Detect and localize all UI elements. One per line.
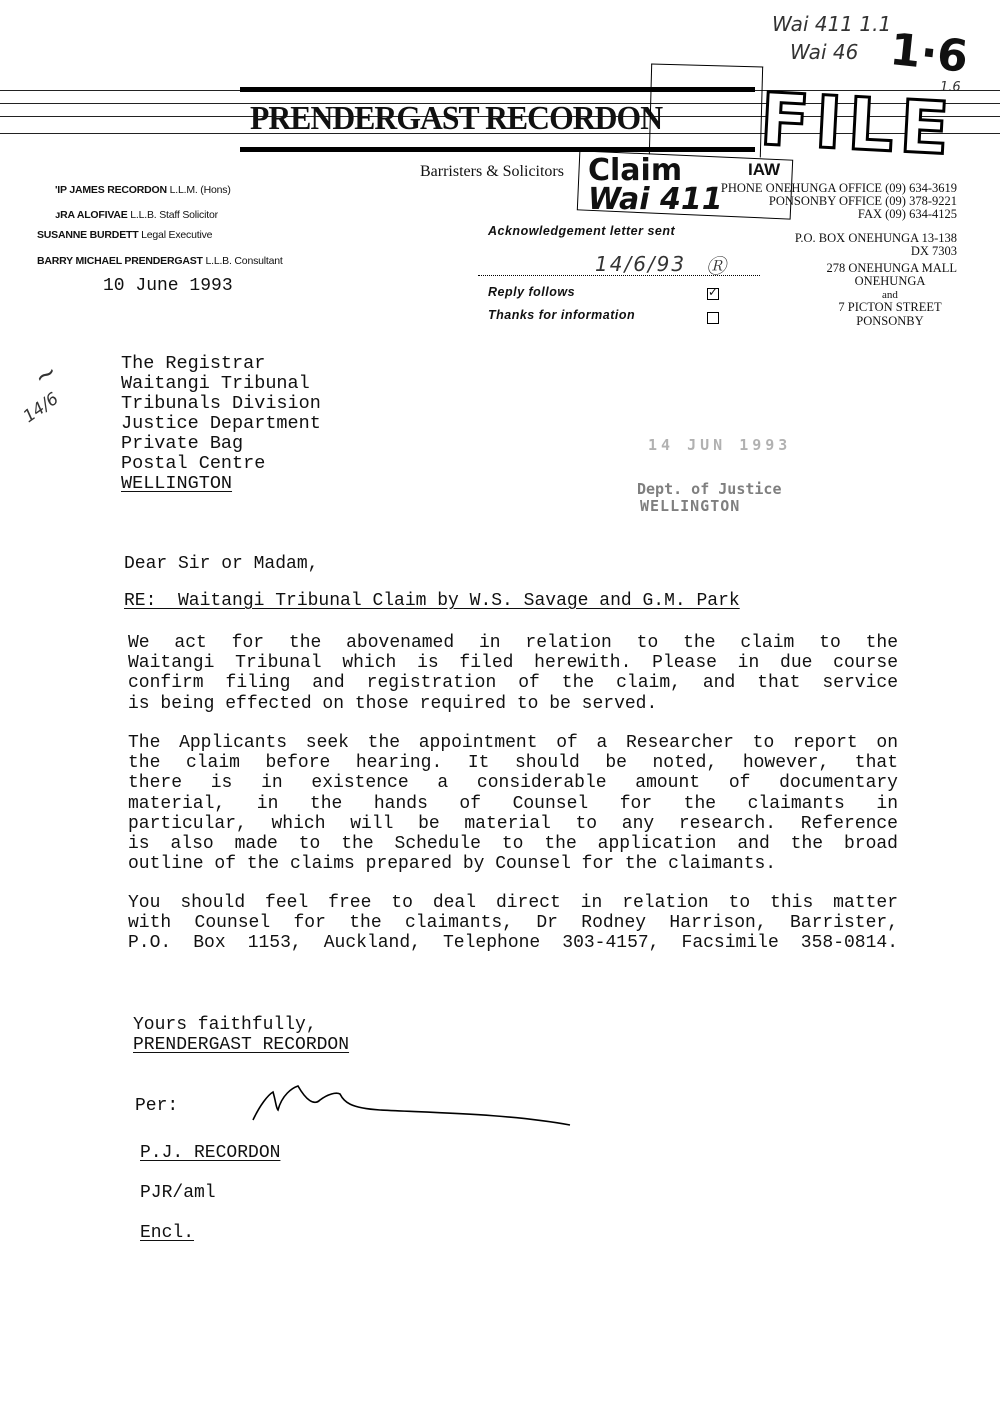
annotation-document-number: 1·6 xyxy=(888,24,971,83)
claim-stamp-number: Wai 411 xyxy=(588,182,723,217)
closing-firm: PRENDERGAST RECORDON xyxy=(133,1035,349,1055)
staff-member: ᴊRA ALOFIVAE L.L.B. Staff Solicitor xyxy=(55,209,218,221)
address-onehunga-suburb: ONEHUNGA xyxy=(835,275,945,288)
ack-date: 14/6/93 xyxy=(595,252,686,276)
closing: Yours faithfully, xyxy=(133,1015,317,1035)
enclosure-note: Encl. xyxy=(140,1223,194,1243)
paragraph-1: We act for the abovenamed in relation to… xyxy=(128,633,898,714)
file-stamp: FILE xyxy=(758,77,957,171)
subject-line: RE: Waitangi Tribunal Claim by W.S. Sava… xyxy=(124,591,740,611)
annotation-wai46: Wai 46 xyxy=(790,40,858,64)
firm-name: PRENDERGAST RECORDON xyxy=(250,100,662,138)
per-label: Per: xyxy=(135,1096,178,1116)
staff-member: 'IP JAMES RECORDON L.L.M. (Hons) xyxy=(55,184,231,196)
recipient-line: Tribunals Division xyxy=(121,394,321,414)
margin-date-annotation: 14/6 xyxy=(20,389,63,427)
paragraph-2: The Applicants seek the appointment of a… xyxy=(128,733,898,874)
staff-member: SUSANNE BURDETT Legal Executive xyxy=(37,229,212,241)
salutation: Dear Sir or Madam, xyxy=(124,554,318,574)
margin-tick-mark: ~ xyxy=(29,357,63,394)
staff-member: BARRY MICHAEL PRENDERGAST L.L.B. Consult… xyxy=(37,255,283,267)
reference-initials: PJR/aml xyxy=(140,1183,216,1203)
file-stamp-box xyxy=(649,64,763,158)
firm-tagline: Barristers & Solicitors xyxy=(420,163,564,181)
recipient-line: Postal Centre xyxy=(121,454,321,474)
recipient-line: The Registrar xyxy=(121,354,321,374)
signature xyxy=(240,1080,580,1140)
recipient-line: Waitangi Tribunal xyxy=(121,374,321,394)
reply-follows-label: Reply follows xyxy=(488,285,575,299)
dx-number: DX 7303 xyxy=(911,245,957,258)
received-stamp-city: WELLINGTON xyxy=(640,497,740,515)
ack-date-line xyxy=(478,275,760,276)
received-stamp-date: 14 JUN 1993 xyxy=(648,436,791,454)
fax-number: FAX (09) 634-4125 xyxy=(858,208,957,221)
recipient-line: Private Bag xyxy=(121,434,321,454)
letter-date: 10 June 1993 xyxy=(103,276,233,296)
claim-stamp-mirrored: WAI xyxy=(748,160,780,180)
recipient-line: Justice Department xyxy=(121,414,321,434)
signatory-name: P.J. RECORDON xyxy=(140,1143,280,1163)
reply-follows-checkbox[interactable] xyxy=(707,288,719,300)
paragraph-3: You should feel free to deal direct in r… xyxy=(128,893,898,954)
ack-letter-label: Acknowledgement letter sent xyxy=(488,224,675,238)
thanks-info-label: Thanks for information xyxy=(488,308,635,322)
address-ponsonby: 7 PICTON STREET xyxy=(825,301,955,314)
thanks-info-checkbox[interactable] xyxy=(707,312,719,324)
annotation-wai411: Wai 411 1.1 xyxy=(772,12,891,36)
address-ponsonby-suburb: PONSONBY xyxy=(835,315,945,328)
received-stamp-dept: Dept. of Justice xyxy=(637,480,782,498)
recipient-city: WELLINGTON xyxy=(121,474,321,494)
recipient-address: The Registrar Waitangi Tribunal Tribunal… xyxy=(121,354,321,494)
